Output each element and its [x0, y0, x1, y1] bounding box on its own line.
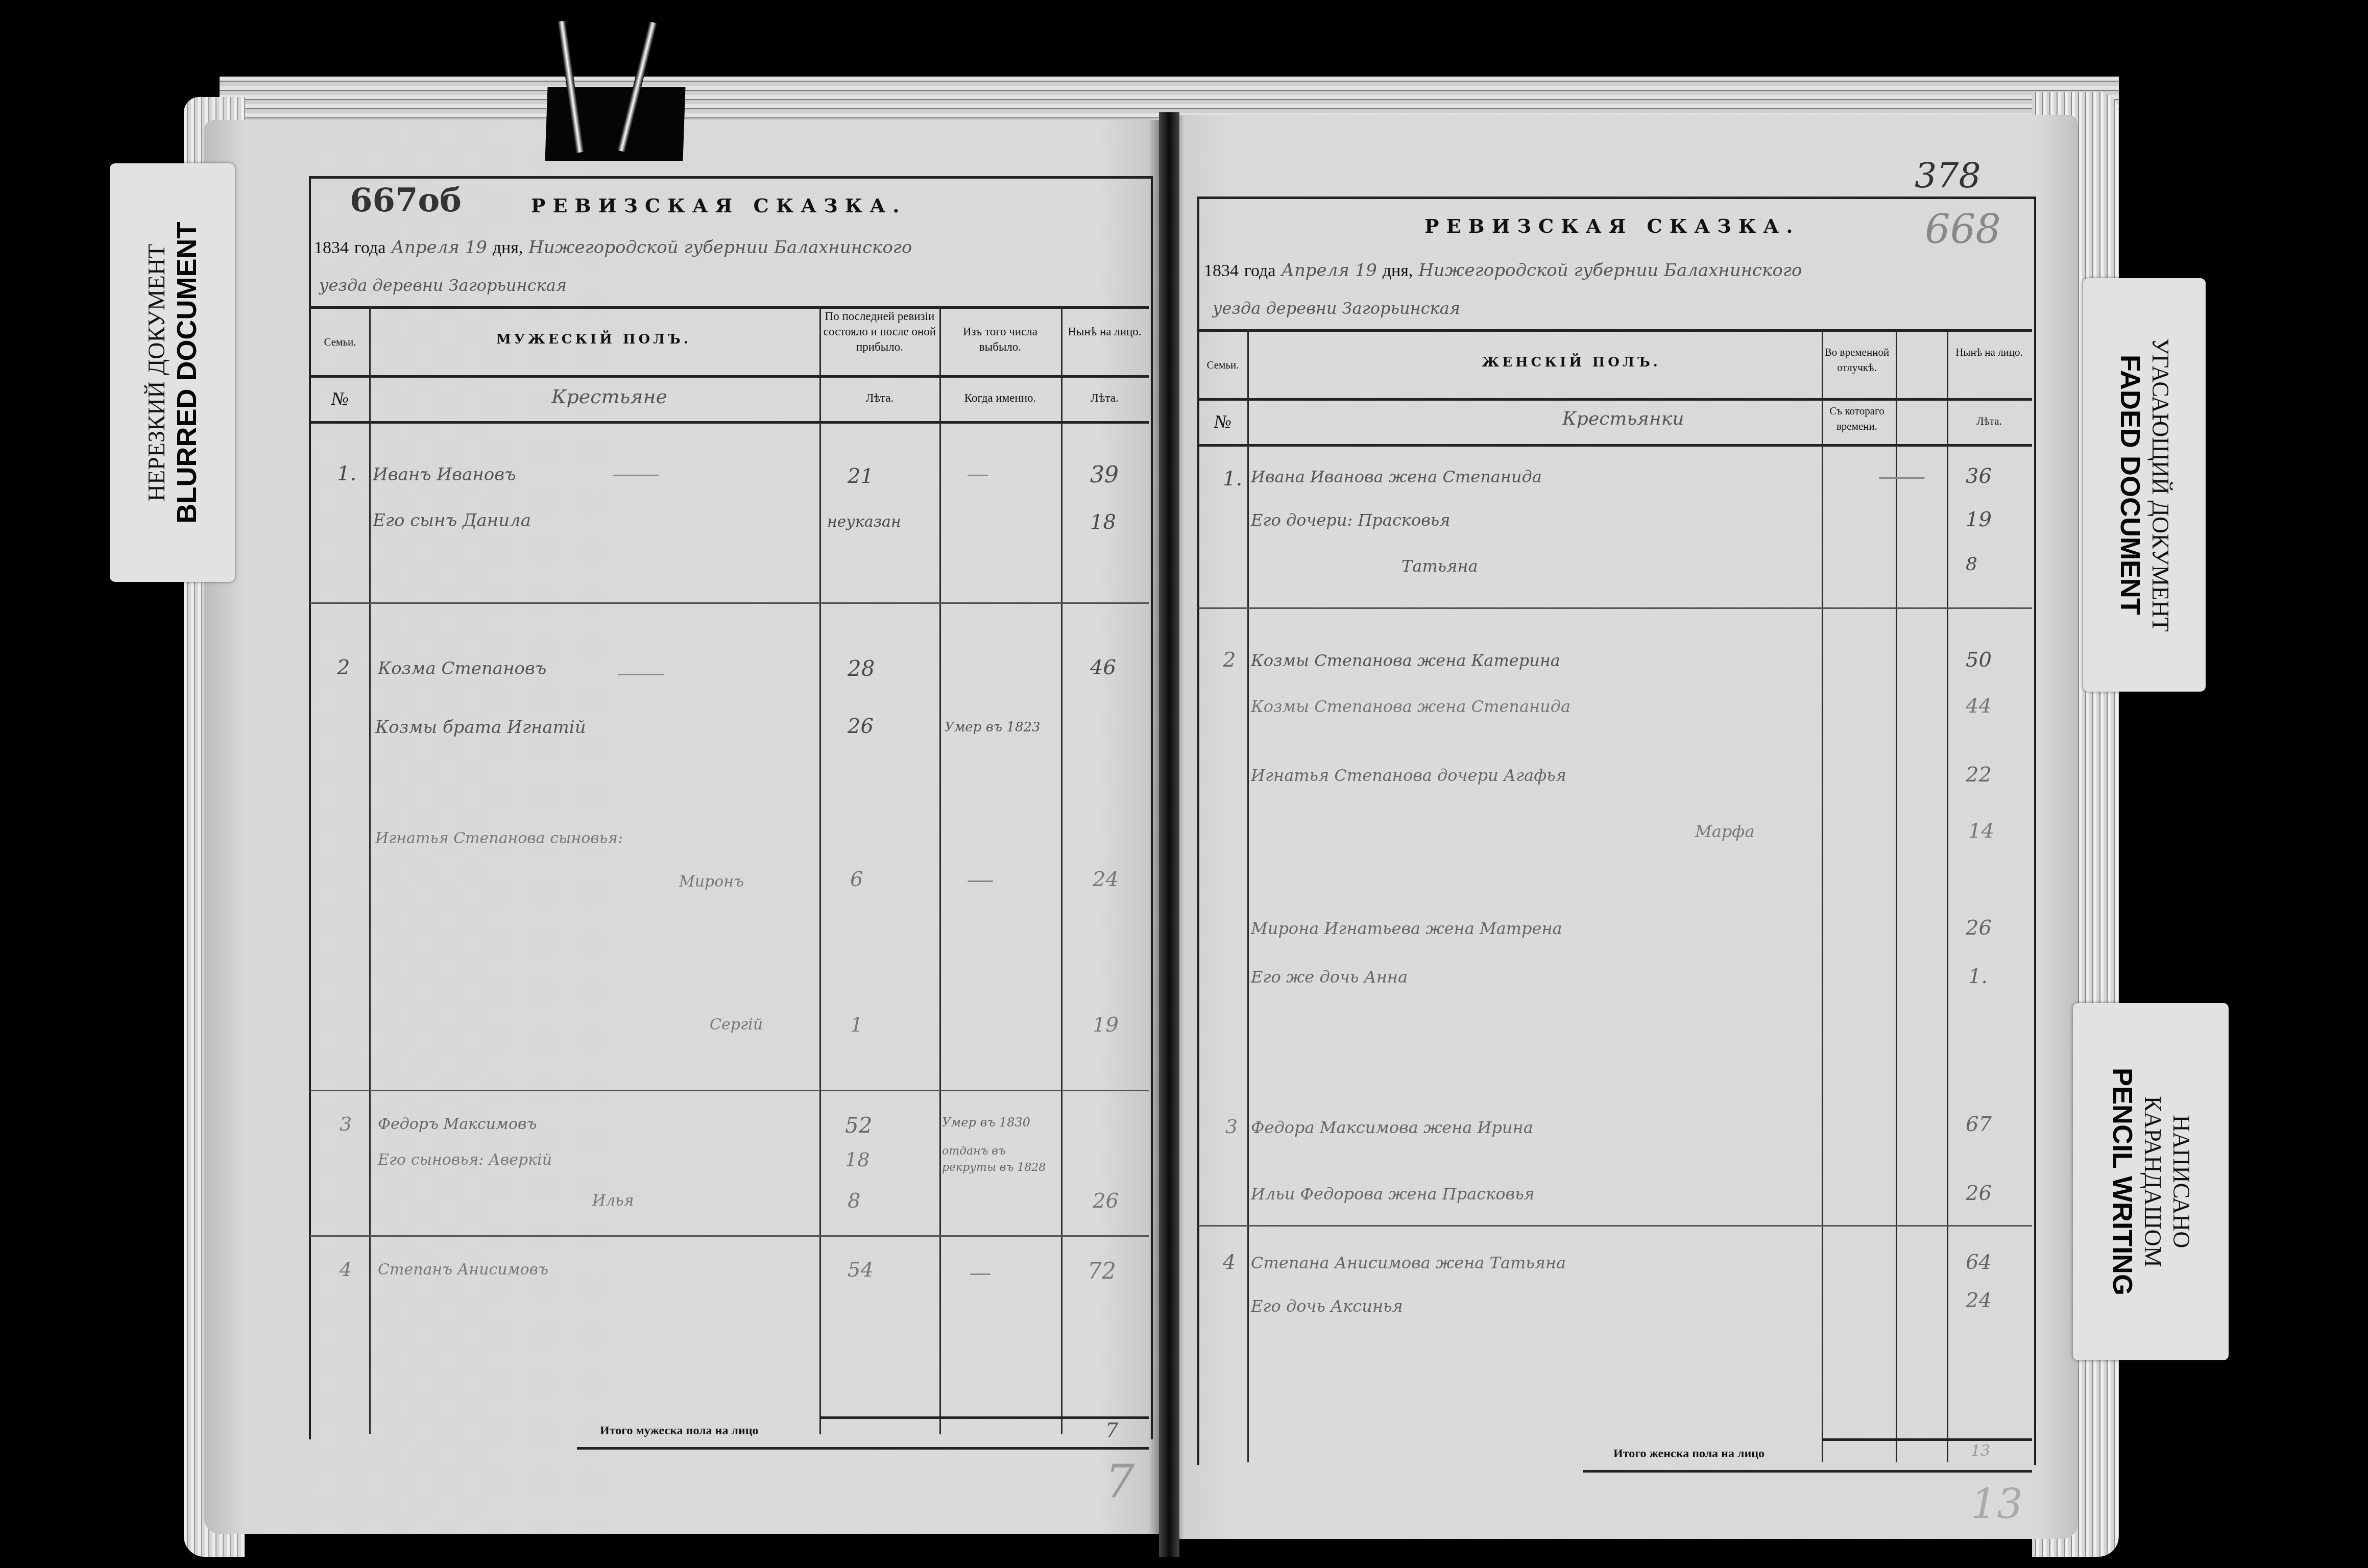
- person-name: Федора Максимова жена Ирина: [1251, 1118, 1533, 1137]
- column-divider: [819, 306, 821, 1434]
- col-header-years: Лѣта.: [1948, 413, 2030, 429]
- tab-label-en: FADED DOCUMENT: [2114, 338, 2146, 632]
- person-name: Марфа: [1695, 822, 1754, 841]
- person-name: Степанъ Анисимовъ: [378, 1261, 548, 1279]
- filler-dash: [613, 475, 659, 476]
- tab-label-ru: УГАСАЮЩИЙ ДОКУМЕНТ: [2146, 338, 2174, 632]
- total-label: Итого мужеска пола на лицо: [600, 1424, 759, 1438]
- person-name: Козмы брата Игнатій: [375, 717, 586, 738]
- family-separator: [1198, 1225, 2032, 1227]
- category-label: Крестьяне: [551, 385, 667, 408]
- form-border: [309, 176, 1153, 1439]
- total-rule: [1583, 1470, 2032, 1473]
- person-name: Федоръ Максимовъ: [378, 1115, 537, 1133]
- category-label: Крестьянки: [1562, 408, 1684, 429]
- filler-dash: [1879, 477, 1925, 479]
- person-name: Иванъ Ивановъ: [373, 464, 516, 485]
- total-label: Итого женска пола на лицо: [1613, 1447, 1765, 1461]
- faded-document-tab: УГАСАЮЩИЙ ДОКУМЕНТ FADED DOCUMENT: [2083, 278, 2206, 692]
- person-name: Мирона Игнатьева жена Матрена: [1251, 919, 1562, 938]
- departure-note: Умер въ 1823: [945, 720, 1041, 735]
- pencil-total: 13: [1971, 1480, 2023, 1528]
- person-name: Сергій: [710, 1016, 763, 1034]
- column-divider: [1947, 329, 1948, 1462]
- col-header-temp-absent: Во временной отлучкѣ.: [1821, 345, 1893, 375]
- person-name: Козмы Степанова жена Степанида: [1251, 697, 1570, 716]
- person-name: Илья: [592, 1192, 634, 1210]
- departure-note: Умер въ 1830: [942, 1115, 1030, 1130]
- folio-number: 378: [1915, 156, 1981, 196]
- filler-dash: [618, 674, 664, 675]
- column-divider: [1061, 306, 1062, 1434]
- person-name: Татьяна: [1402, 556, 1478, 576]
- form-border: [1197, 197, 2036, 1465]
- person-name: Ивана Иванова жена Степанида: [1251, 467, 1542, 486]
- blurred-document-tab: НЕРЕЗКИЙ ДОКУМЕНТ BLURRED DOCUMENT: [110, 163, 235, 582]
- person-name: Игнатья Степанова сыновья:: [375, 829, 623, 847]
- header-rule: [310, 375, 1149, 378]
- column-divider: [1896, 329, 1897, 1462]
- total-rule: [819, 1416, 1149, 1419]
- family-separator: [310, 602, 1149, 604]
- person-name: Козма Степановъ: [378, 658, 546, 679]
- col-header-present: Нынѣ на лицо.: [1062, 324, 1147, 339]
- header-rule: [1198, 444, 2032, 447]
- person-name: Его дочери: Прасковья: [1251, 510, 1450, 530]
- person-name: Его же дочь Анна: [1251, 967, 1408, 987]
- tab-label-en: BLURRED DOCUMENT: [171, 222, 203, 524]
- tab-label-ru: НЕРЕЗКИЙ ДОКУМЕНТ: [142, 222, 171, 524]
- col-header-present: Нынѣ на лицо.: [1948, 345, 2030, 360]
- binder-clip-icon: [545, 87, 685, 161]
- col-header-family: Семьи.: [1199, 357, 1247, 373]
- pencil-total: 7: [1105, 1455, 1134, 1508]
- filler-dash: [970, 1273, 990, 1275]
- col-header-no: №: [1199, 411, 1247, 432]
- header-rule: [1198, 398, 2032, 401]
- col-header-section: МУЖЕСКІЙ ПОЛЪ.: [369, 332, 818, 347]
- col-header-no: №: [311, 388, 369, 409]
- column-divider: [369, 306, 371, 1434]
- person-name: Его дочь Аксинья: [1251, 1296, 1403, 1316]
- person-name: Игнатья Степанова дочери Агафья: [1251, 766, 1566, 785]
- person-name: Миронъ: [679, 873, 744, 891]
- place-line: уезда деревни Загорьинская: [319, 276, 567, 295]
- tab-label-ru-1: НАПИСАНО: [2167, 1068, 2195, 1295]
- total-value: 7: [1105, 1419, 1118, 1442]
- filler-dash: [968, 475, 988, 476]
- header-rule: [310, 421, 1149, 424]
- person-name: Степана Анисимова жена Татьяна: [1251, 1253, 1566, 1272]
- tab-label-en: PENCIL WRITING: [2107, 1068, 2138, 1295]
- place-line: уезда деревни Загорьинская: [1213, 299, 1460, 318]
- date-line: 1834 года Апреля 19 дня, Нижегородской г…: [314, 237, 912, 258]
- col-header-years2: Лѣта.: [1062, 390, 1147, 406]
- family-separator: [1198, 607, 2032, 609]
- date-line: 1834 года Апреля 19 дня, Нижегородской г…: [1204, 260, 1802, 281]
- book-gutter: [1159, 112, 1179, 1557]
- col-header-section: ЖЕНСКІЙ ПОЛЪ.: [1248, 355, 1894, 370]
- col-header-years: Лѣта.: [821, 390, 938, 406]
- header-rule: [1198, 329, 2032, 332]
- person-name: Его сыновья: Аверкій: [378, 1151, 552, 1169]
- family-separator: [310, 1090, 1149, 1091]
- column-divider: [1822, 329, 1823, 1462]
- col-header-when: Когда именно.: [941, 390, 1059, 406]
- col-header-since-when: Съ котораго времени.: [1821, 403, 1893, 434]
- filler-dash: [968, 880, 993, 882]
- column-divider: [1247, 329, 1249, 1462]
- person-name: Ильи Федорова жена Прасковья: [1251, 1184, 1535, 1204]
- total-rule: [577, 1447, 1149, 1450]
- person-name: Его сынъ Данила: [373, 510, 531, 531]
- person-name: Козмы Степанова жена Катерина: [1251, 651, 1560, 670]
- col-header-family: Семьи.: [311, 334, 369, 350]
- total-value: 13: [1971, 1442, 1990, 1460]
- column-divider: [939, 306, 941, 1434]
- header-rule: [310, 306, 1149, 309]
- tab-label-ru-2: КАРАНДАШОМ: [2138, 1068, 2167, 1295]
- departure-note: отданъ въ рекруты въ 1828: [942, 1143, 1059, 1176]
- col-header-last-revision: По последней ревизіи состояло и после он…: [821, 309, 938, 355]
- col-header-departed: Изъ того числа выбыло.: [941, 324, 1059, 355]
- family-separator: [310, 1235, 1149, 1237]
- pencil-writing-tab: НАПИСАНО КАРАНДАШОМ PENCIL WRITING: [2073, 1003, 2229, 1360]
- total-rule: [1822, 1438, 2032, 1441]
